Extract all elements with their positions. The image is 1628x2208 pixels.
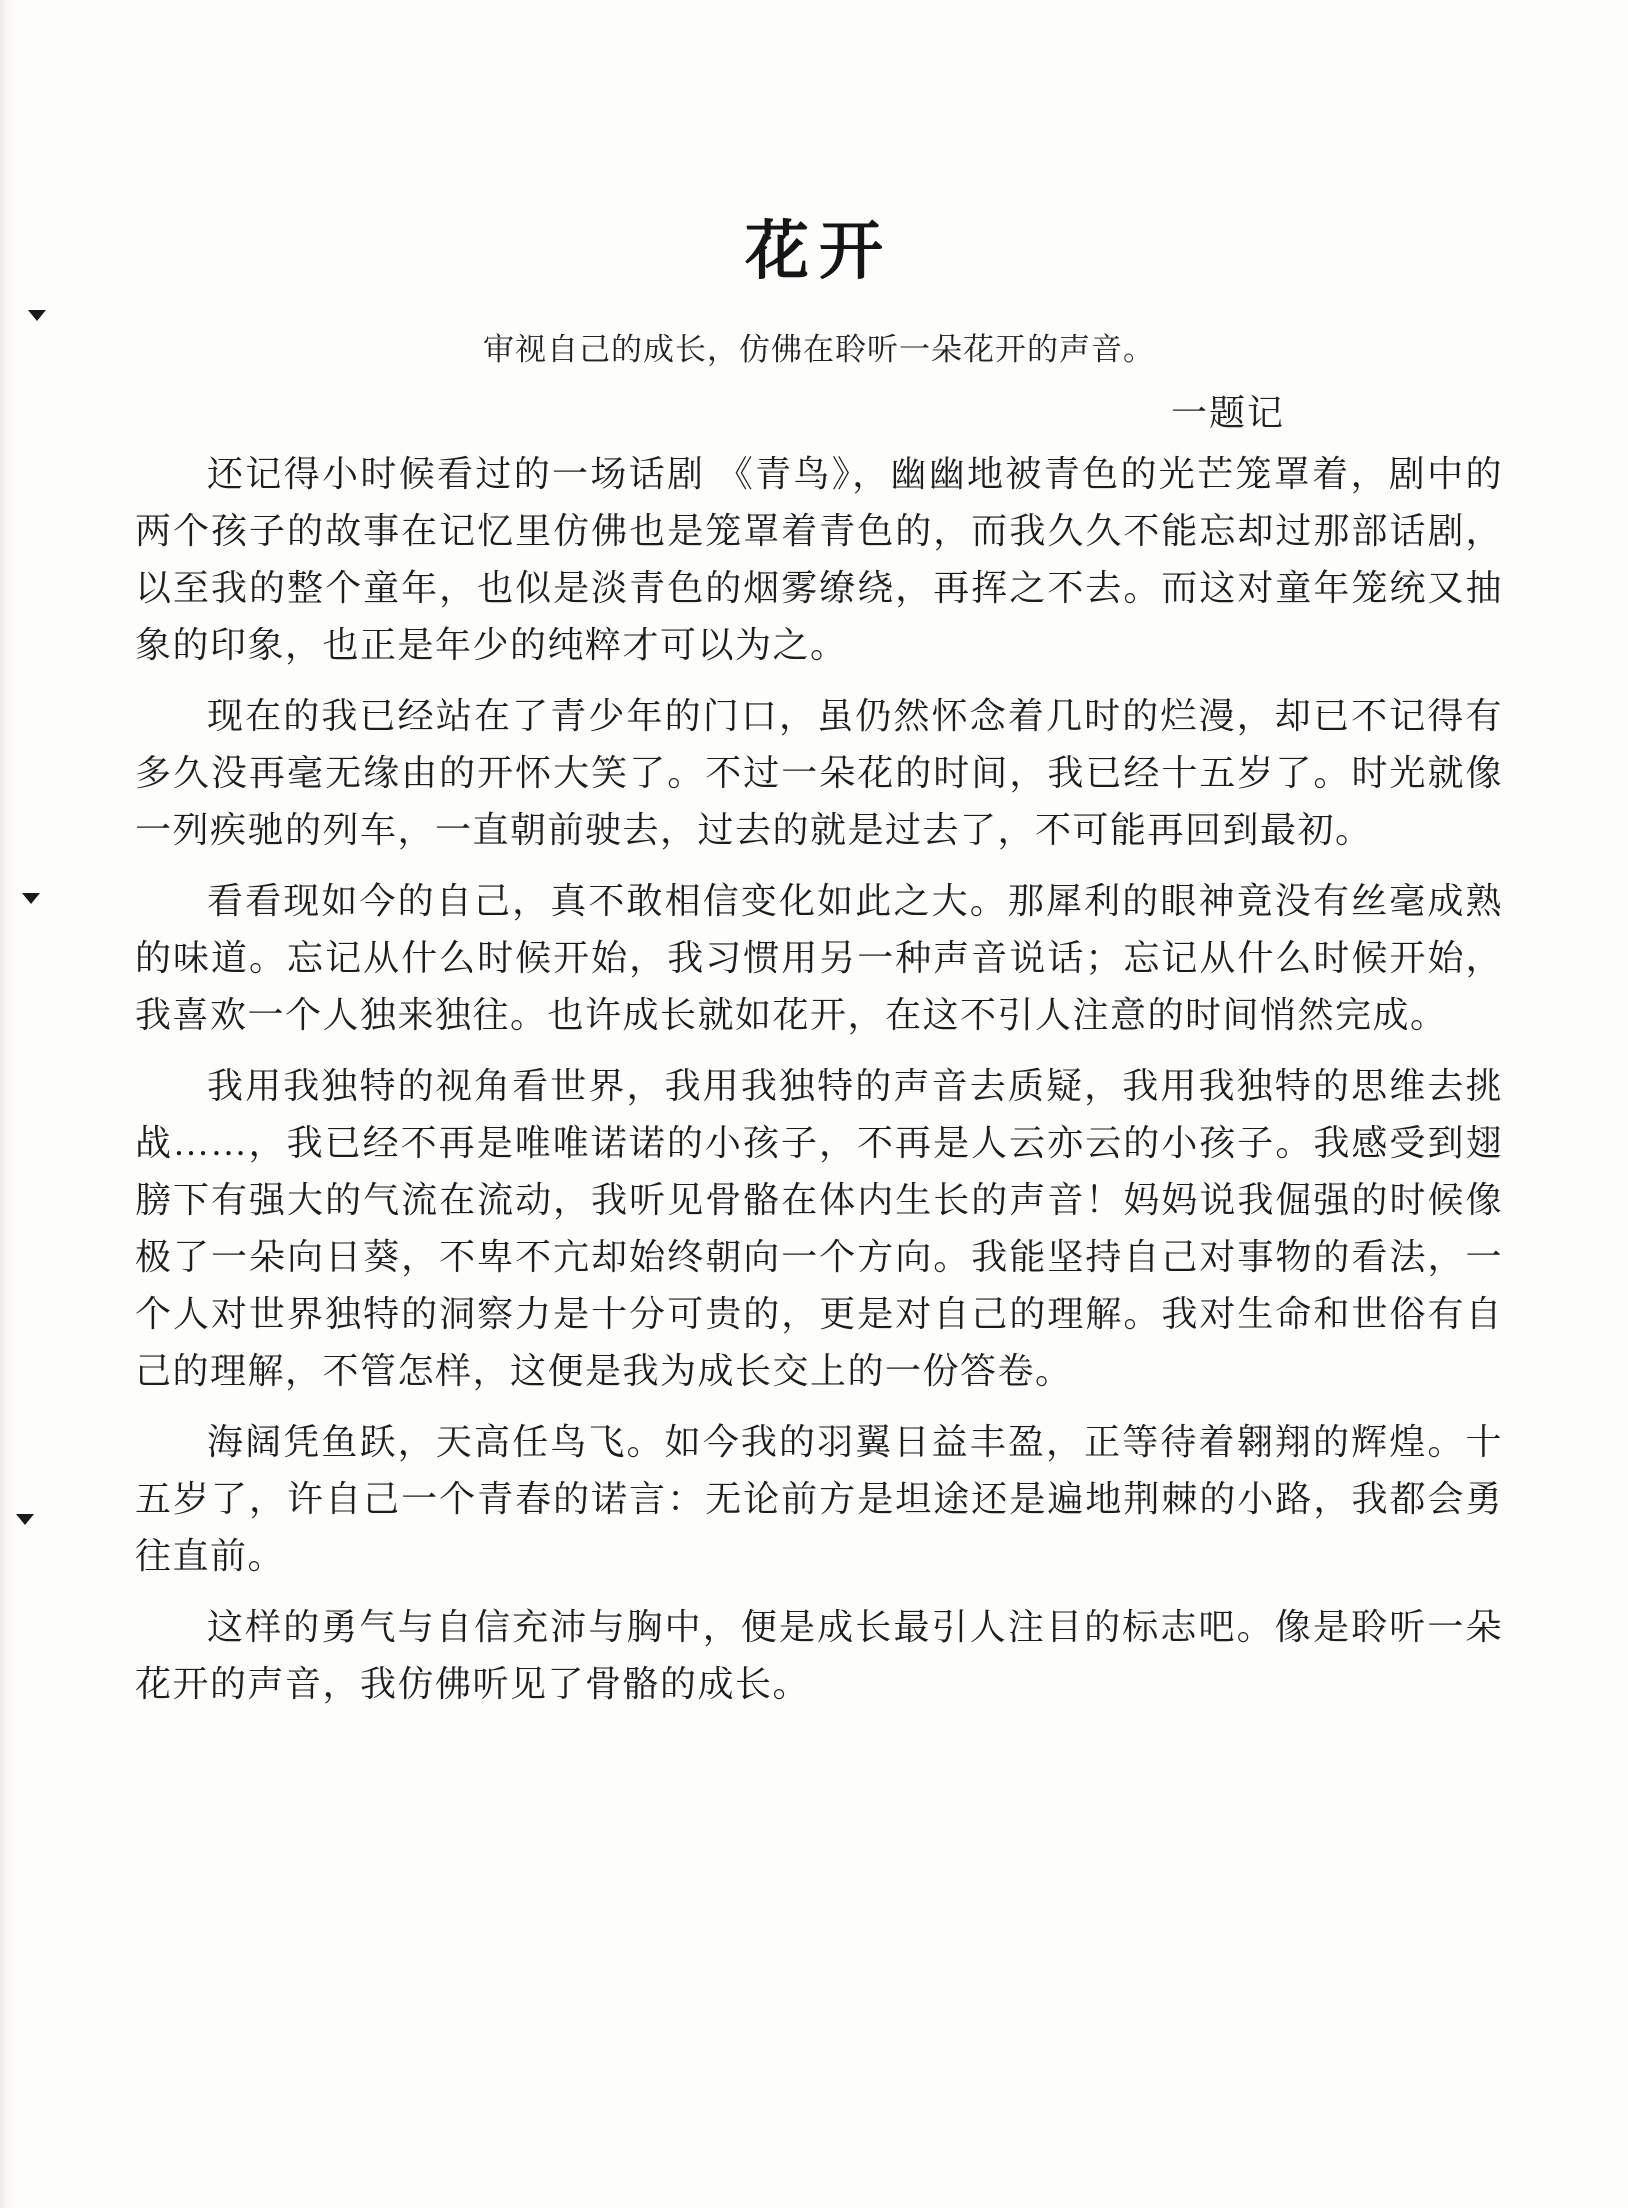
essay-paragraph: 我用我独特的视角看世界，我用我独特的声音去质疑，我用我独特的思维去挑战……，我已…: [135, 1058, 1503, 1400]
scan-speck-icon: [16, 1514, 34, 1525]
scan-speck-icon: [22, 893, 40, 904]
essay-paragraph: 现在的我已经站在了青少年的门口，虽仍然怀念着几时的烂漫，却已不记得有多久没再毫无…: [135, 688, 1503, 859]
essay-content: 花开 审视自己的成长，仿佛在聆听一朵花开的声音。 一题记 还记得小时候看过的一场…: [0, 200, 1628, 1713]
epigraph-attribution: 一题记: [135, 385, 1503, 436]
essay-epigraph: 审视自己的成长，仿佛在聆听一朵花开的声音。: [135, 324, 1503, 369]
essay-paragraph: 还记得小时候看过的一场话剧 《青鸟》，幽幽地被青色的光芒笼罩着，剧中的两个孩子的…: [135, 446, 1503, 674]
essay-paragraph: 这样的勇气与自信充沛与胸中，便是成长最引人注目的标志吧。像是聆听一朵花开的声音，…: [135, 1599, 1503, 1713]
essay-body: 还记得小时候看过的一场话剧 《青鸟》，幽幽地被青色的光芒笼罩着，剧中的两个孩子的…: [135, 446, 1503, 1713]
scanned-essay-page: 花开 审视自己的成长，仿佛在聆听一朵花开的声音。 一题记 还记得小时候看过的一场…: [0, 0, 1628, 2208]
essay-title: 花开: [135, 200, 1503, 292]
scan-speck-icon: [28, 310, 46, 321]
essay-paragraph: 看看现如今的自己，真不敢相信变化如此之大。那犀利的眼神竟没有丝毫成熟的味道。忘记…: [135, 873, 1503, 1044]
essay-paragraph: 海阔凭鱼跃，天高任鸟飞。如今我的羽翼日益丰盈，正等待着翱翔的辉煌。十五岁了，许自…: [135, 1414, 1503, 1585]
